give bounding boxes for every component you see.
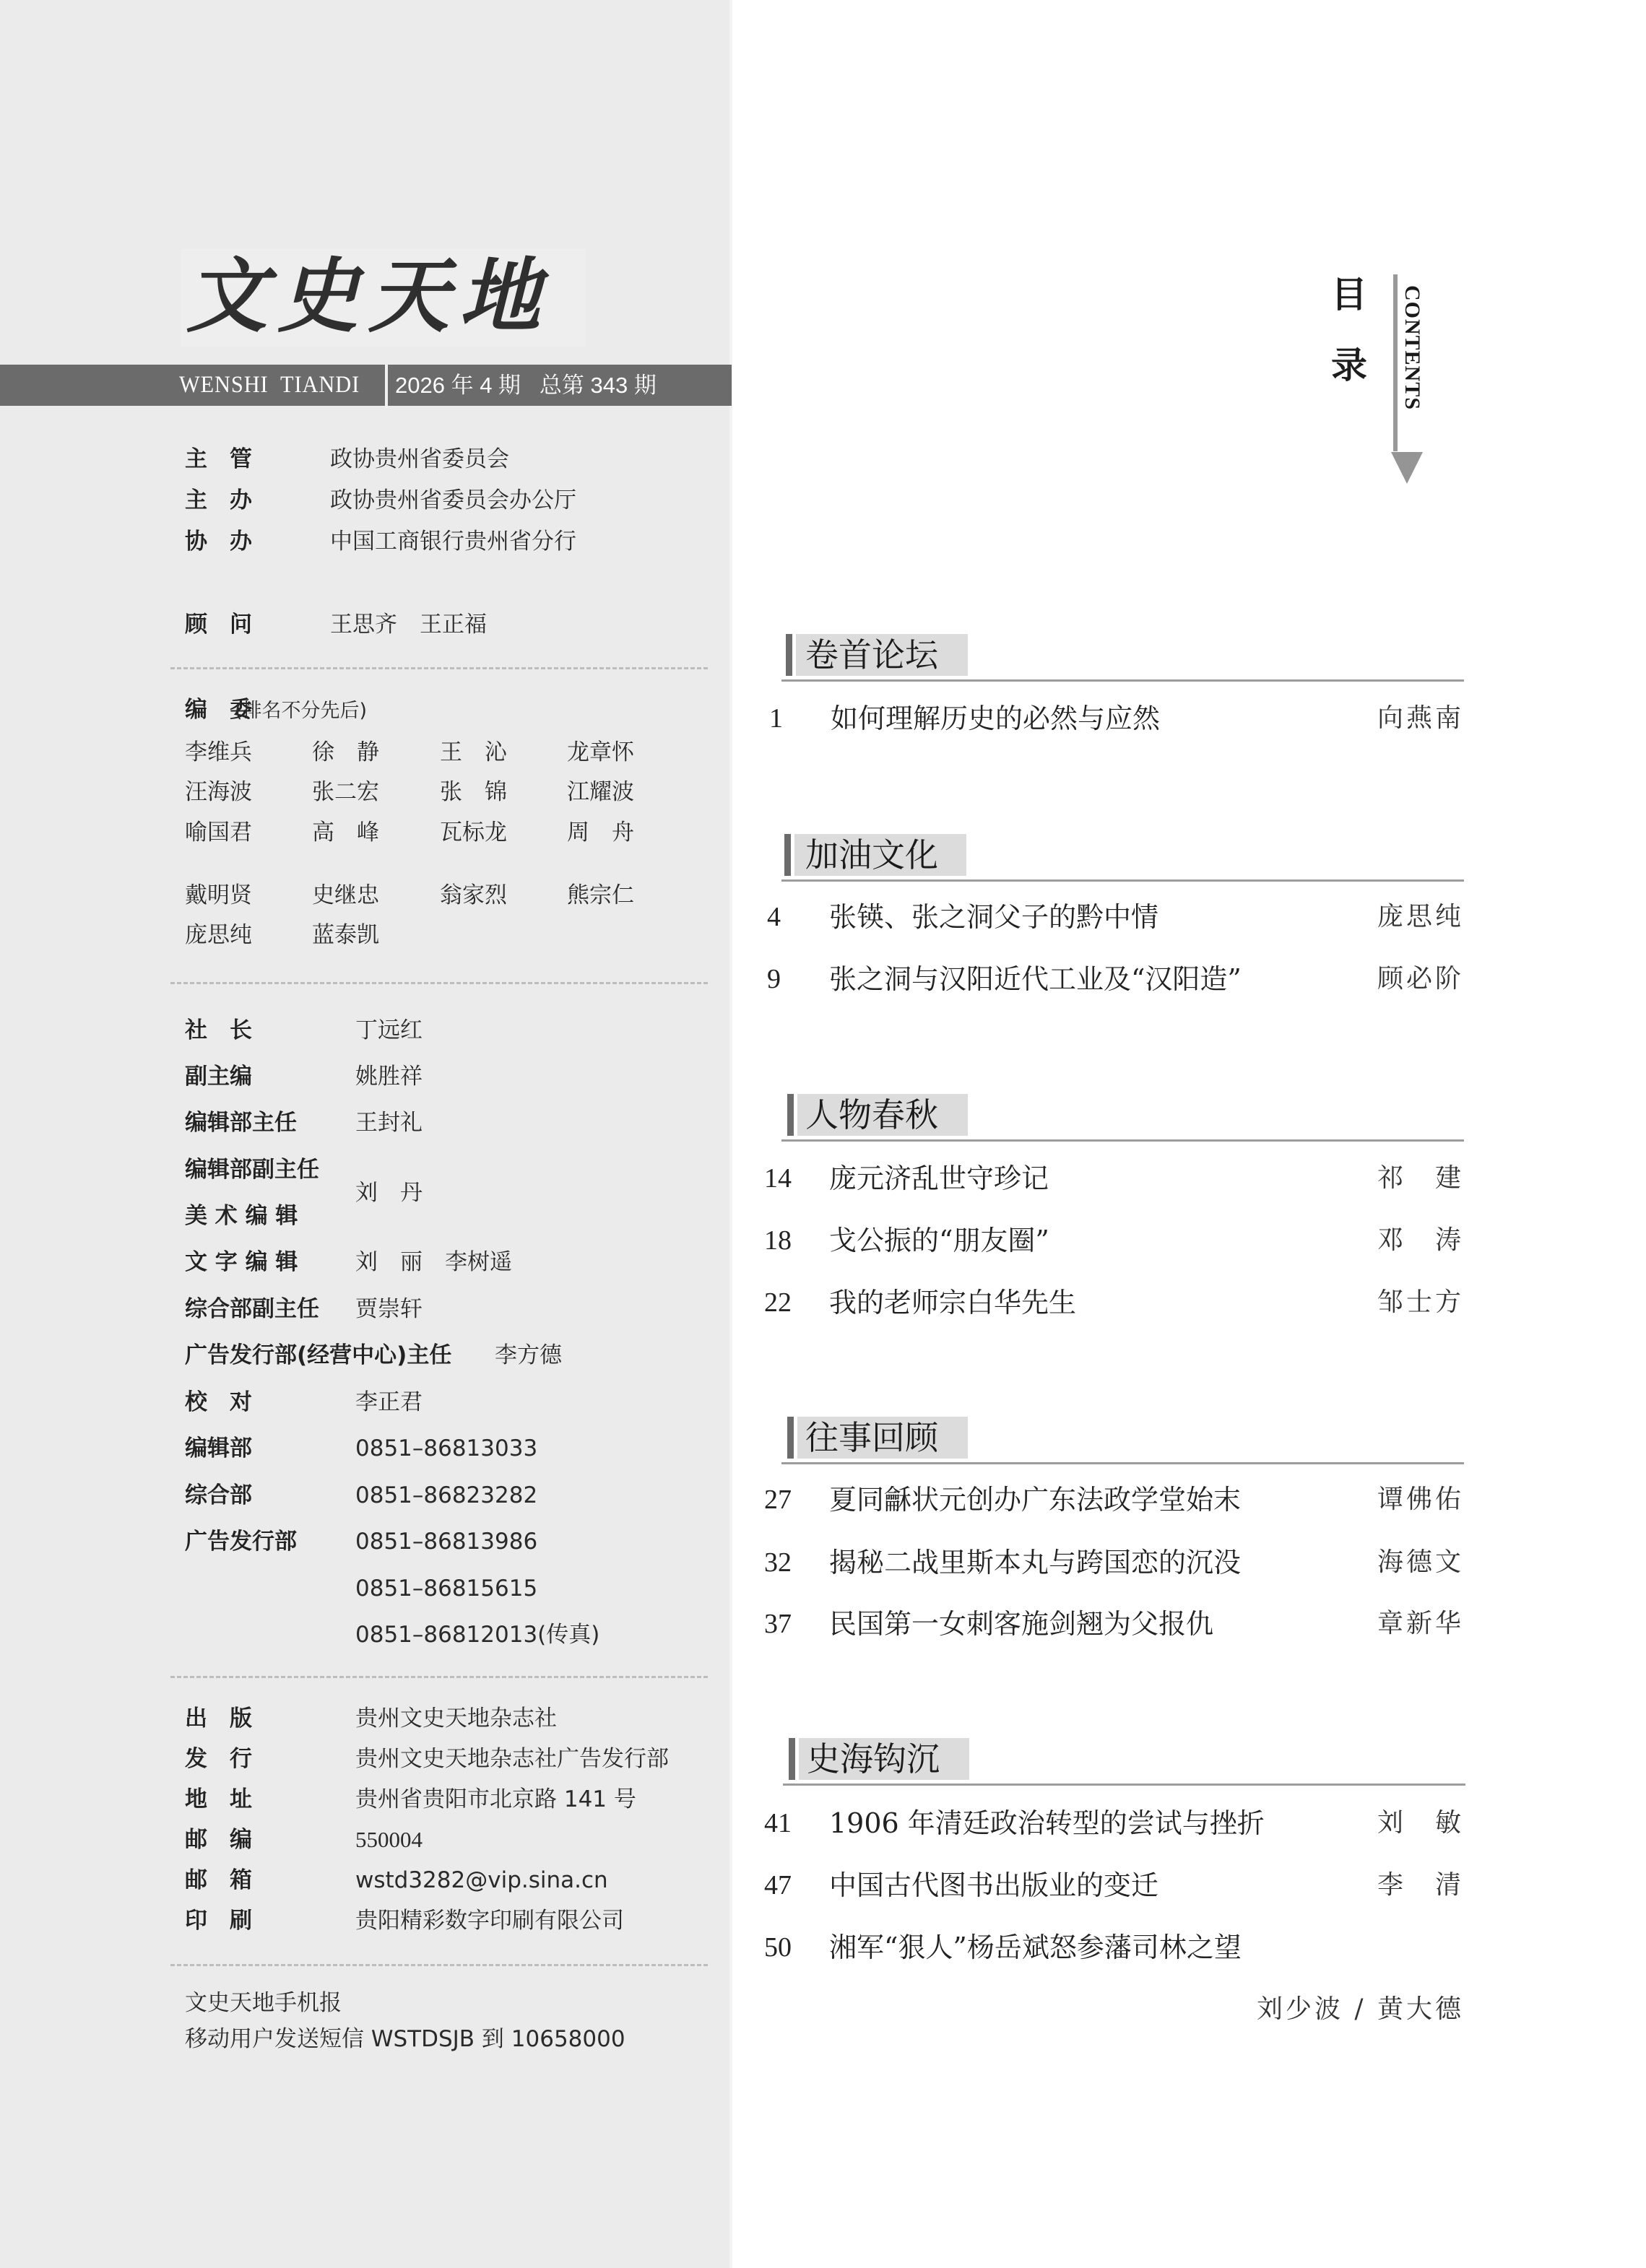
fax-number: 0851–86812013(传真) (355, 1620, 599, 1649)
board-member: 李维兵 (185, 738, 252, 767)
board-member: 江耀波 (567, 778, 634, 807)
publisher-label: 邮 编 (185, 1825, 252, 1854)
staff-value: 李正君 (355, 1388, 423, 1417)
arrow-line-icon (1393, 274, 1398, 451)
publisher-label: 印 刷 (185, 1906, 252, 1935)
staff-value: 姚胜祥 (355, 1062, 423, 1091)
sponsor-label: 主 办 (185, 486, 252, 515)
article-author: 刘少波 / 黄大德 (1257, 1991, 1464, 2028)
board-member: 高 峰 (312, 818, 379, 847)
divider (170, 982, 708, 984)
board-member: 张二宏 (312, 778, 379, 807)
publisher-label: 地 址 (185, 1785, 252, 1814)
article-author: 李 清 (1377, 1867, 1464, 1903)
section-rule (781, 1139, 1464, 1142)
article-author: 刘 敏 (1377, 1805, 1464, 1841)
publisher-value: 贵州文史天地杂志社 (355, 1704, 557, 1733)
staff-value: 贾崇轩 (355, 1295, 423, 1324)
staff-label: 综合部副主任 (185, 1295, 319, 1324)
divider (170, 1676, 708, 1678)
publisher-label: 出 版 (185, 1704, 252, 1733)
board-member: 王 沁 (440, 738, 507, 767)
staff-label: 编辑部 (185, 1434, 252, 1463)
section-rule (783, 1783, 1465, 1786)
board-member: 庞思纯 (185, 921, 252, 950)
board-member: 徐 静 (312, 738, 379, 767)
advisor-value: 王思齐 王正福 (330, 610, 487, 639)
page-number: 22 (764, 1285, 792, 1321)
board-member: 熊宗仁 (567, 881, 634, 910)
article-author: 向燕南 (1377, 700, 1464, 737)
article-title[interactable]: 夏同龢状元创办广东法政学堂始末 (829, 1482, 1241, 1518)
staff-label: 社 长 (185, 1016, 252, 1045)
article-title[interactable]: 庞元济乱世守珍记 (829, 1160, 1049, 1196)
sponsor-value: 政协贵州省委员会办公厅 (330, 486, 576, 515)
sponsor-label: 主 管 (185, 445, 252, 474)
article-title[interactable]: 如何理解历史的必然与应然 (831, 700, 1160, 737)
section-rule (781, 679, 1464, 682)
issue-bar-divider (385, 365, 388, 408)
board-member: 张 锦 (440, 778, 507, 807)
staff-label: 综合部 (185, 1481, 252, 1510)
article-author: 章新华 (1377, 1606, 1464, 1642)
advisor-label: 顾 问 (185, 610, 252, 639)
section-marker (787, 1417, 794, 1459)
section-title: 人物春秋 (805, 1094, 938, 1136)
arrow-down-icon (1391, 452, 1423, 484)
page-number: 4 (767, 899, 781, 935)
divider (170, 667, 708, 669)
article-author: 谭佛佑 (1377, 1482, 1464, 1518)
page-number: 47 (764, 1867, 792, 1903)
publisher-label: 发 行 (185, 1745, 252, 1773)
section-title: 卷首论坛 (805, 634, 938, 676)
article-title[interactable]: 1906 年清廷政治转型的尝试与挫折 (829, 1805, 1265, 1841)
phone-number: 0851–86823282 (355, 1481, 537, 1510)
phone-number: 0851–86813033 (355, 1434, 537, 1463)
staff-label: 广告发行部 (185, 1527, 297, 1556)
board-note: (排名不分先后) (235, 697, 367, 726)
sponsor-value: 政协贵州省委员会 (330, 445, 509, 474)
board-member: 戴明贤 (185, 881, 252, 910)
section-title: 往事回顾 (805, 1417, 938, 1459)
board-member: 瓦标龙 (440, 818, 507, 847)
contents-heading: 录 (1331, 344, 1367, 387)
board-member: 喻国君 (185, 818, 252, 847)
article-title[interactable]: 民国第一女刺客施剑翘为父报仇 (829, 1606, 1213, 1642)
phone-number: 0851–86813986 (355, 1527, 537, 1556)
page-number: 9 (767, 961, 781, 997)
staff-label: 文 字 编 辑 (185, 1248, 298, 1277)
divider (170, 1964, 708, 1966)
article-title[interactable]: 我的老师宗白华先生 (829, 1285, 1076, 1321)
staff-label: 校 对 (185, 1388, 252, 1417)
article-title[interactable]: 湘军“狠人”杨岳斌怒参藩司林之望 (829, 1929, 1242, 1965)
magazine-logo: 文史天地 (186, 250, 550, 344)
mobile-news-instruction: 移动用户发送短信 WSTDSJB 到 10658000 (185, 2025, 625, 2054)
section-marker (789, 1738, 795, 1780)
sponsor-value: 中国工商银行贵州省分行 (330, 527, 576, 556)
sponsor-label: 协 办 (185, 527, 252, 556)
address: 贵州省贵阳市北京路 141 号 (355, 1785, 636, 1814)
mobile-news-title: 文史天地手机报 (185, 1989, 342, 2017)
article-title[interactable]: 中国古代图书出版业的变迁 (829, 1867, 1158, 1903)
board-member: 翁家烈 (440, 881, 507, 910)
staff-label: 广告发行部(经营中心)主任 (185, 1341, 451, 1370)
publisher-value: 贵阳精彩数字印刷有限公司 (355, 1906, 624, 1935)
contents-heading: 目 (1331, 273, 1367, 316)
article-author: 海德文 (1377, 1544, 1464, 1581)
issue-number: 2026 年 4 期 总第 343 期 (395, 365, 657, 406)
page-number: 18 (764, 1222, 792, 1259)
magazine-pinyin: WENSHI TIANDI (179, 365, 360, 406)
article-title[interactable]: 张之洞与汉阳近代工业及“汉阳造” (829, 961, 1242, 997)
article-title[interactable]: 张锳、张之洞父子的黔中情 (829, 899, 1158, 935)
section-marker (784, 834, 791, 876)
section-rule (781, 1462, 1464, 1464)
page-number: 27 (764, 1482, 792, 1518)
page-number: 32 (764, 1544, 792, 1581)
staff-value: 李方德 (495, 1341, 562, 1370)
contents-heading-en: CONTENTS (1400, 285, 1424, 410)
board-member: 蓝泰凯 (312, 921, 379, 950)
email-link[interactable]: wstd3282@vip.sina.cn (355, 1866, 608, 1895)
staff-value: 丁远红 (355, 1016, 423, 1045)
article-title[interactable]: 揭秘二战里斯本丸与跨国恋的沉没 (829, 1544, 1241, 1581)
phone-number: 0851–86815615 (355, 1574, 537, 1603)
article-author: 邓 涛 (1377, 1222, 1464, 1259)
postal-code: 550004 (355, 1825, 423, 1854)
panel-edge (729, 0, 732, 2268)
staff-value: 刘 丹 (355, 1178, 423, 1207)
page-number: 37 (764, 1606, 792, 1642)
page-number: 1 (769, 700, 783, 737)
section-title: 史海钩沉 (807, 1738, 940, 1780)
staff-value: 刘 丽 李树遥 (355, 1248, 512, 1277)
staff-label: 美 术 编 辑 (185, 1202, 298, 1230)
section-marker (786, 634, 792, 676)
page-number: 50 (764, 1929, 792, 1965)
staff-value: 王封礼 (355, 1108, 423, 1137)
article-author: 庞思纯 (1377, 899, 1464, 935)
staff-label: 编辑部主任 (185, 1108, 297, 1137)
page-number: 14 (764, 1160, 792, 1196)
board-member: 史继忠 (312, 881, 379, 910)
article-author: 祁 建 (1377, 1160, 1464, 1196)
board-member: 龙章怀 (567, 738, 634, 767)
section-title: 加油文化 (805, 834, 938, 876)
board-member: 周 舟 (567, 818, 634, 847)
staff-label: 副主编 (185, 1062, 252, 1091)
page-number: 41 (764, 1805, 792, 1841)
article-title[interactable]: 戈公振的“朋友圈” (829, 1222, 1049, 1259)
board-member: 汪海波 (185, 778, 252, 807)
section-rule (781, 879, 1464, 882)
article-author: 邹士方 (1377, 1285, 1464, 1321)
section-marker (787, 1094, 794, 1136)
article-author: 顾必阶 (1377, 961, 1464, 997)
publisher-label: 邮 箱 (185, 1866, 252, 1895)
staff-label: 编辑部副主任 (185, 1155, 319, 1184)
publisher-value: 贵州文史天地杂志社广告发行部 (355, 1745, 669, 1773)
